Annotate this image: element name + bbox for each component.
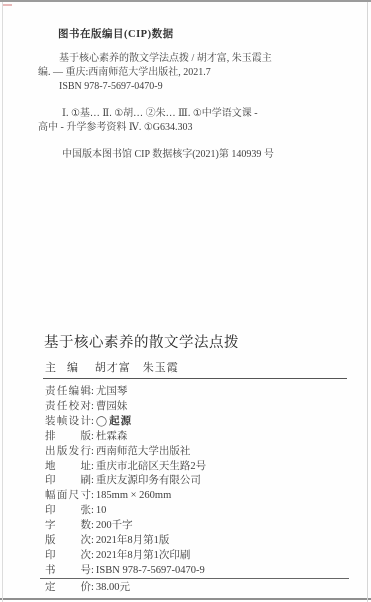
colophon-label: 定价	[45, 581, 91, 596]
colophon-colon: :	[91, 490, 94, 501]
colophon-label: 地址	[45, 460, 91, 475]
colophon-colon: :	[91, 582, 94, 593]
colophon-label: 印刷	[45, 474, 91, 489]
cip-isbn-line: ISBN 978-7-5697-0470-9	[59, 80, 348, 94]
colophon-row: 责任校对:曹园妹	[45, 400, 206, 415]
colophon-value: 杜霖森	[96, 431, 128, 442]
editors-line: 主 编 胡才富 朱玉霞	[45, 359, 179, 375]
colophon-colon: :	[91, 565, 94, 576]
colophon-value: 重庆市北碚区天生路2号	[96, 461, 206, 472]
colophon-value: 曹园妹	[96, 401, 128, 412]
colophon-row: 定价:38.00元	[45, 581, 130, 596]
colophon-label: 装帧设计	[45, 415, 91, 430]
colophon-row: 出版发行:西南师范大学出版社	[45, 445, 206, 460]
page-left-edge	[2, 2, 3, 600]
colophon-list: 责任编辑:尤国琴责任校对:曹园妹装帧设计:◯起源排版:杜霖森出版发行:西南师范大…	[45, 385, 206, 579]
colophon-label: 印次	[45, 549, 91, 564]
colophon-value: ISBN 978-7-5697-0470-9	[96, 565, 205, 576]
divider-rule-top	[43, 378, 347, 379]
colophon-row: 字数:200千字	[45, 519, 206, 534]
book-title: 基于核心素养的散文学法点拨	[44, 331, 239, 352]
colophon-row: 装帧设计:◯起源	[45, 415, 206, 430]
colophon-colon: :	[91, 386, 94, 397]
cip-record-line: 中国版本图书馆 CIP 数据核字(2021)第 140939 号	[62, 148, 348, 162]
colophon-colon: :	[91, 461, 94, 472]
scan-artifact	[3, 4, 12, 6]
colophon-label: 责任校对	[45, 400, 91, 415]
colophon-label: 出版发行	[45, 445, 91, 460]
colophon-colon: :	[91, 446, 94, 457]
divider-rule-bottom	[40, 578, 349, 579]
colophon-row: 排版:杜霖森	[45, 430, 206, 445]
design-studio-logo-icon: ◯	[96, 415, 107, 430]
colophon-label: 排版	[45, 430, 91, 445]
cip-entry-line-1: 基于核心素养的散文学法点拨 / 胡才富, 朱玉霞主	[59, 52, 348, 66]
page-right-edge	[367, 2, 368, 600]
editor-names: 胡才富 朱玉霞	[95, 362, 179, 374]
design-studio-name: 起源	[109, 416, 132, 427]
colophon-colon: :	[91, 416, 94, 427]
colophon-value: ◯起源	[96, 416, 132, 427]
colophon-value: 10	[96, 505, 107, 516]
colophon-colon: :	[91, 520, 94, 531]
colophon-row: 版次:2021年8月第1版	[45, 534, 206, 549]
colophon-label: 印张	[45, 504, 91, 519]
cip-header: 图书在版编目(CIP)数据	[58, 26, 174, 41]
colophon-value: 38.00元	[96, 582, 130, 593]
colophon-label: 字数	[45, 519, 91, 534]
colophon-row: 责任编辑:尤国琴	[45, 385, 206, 400]
cip-class-line-2: 高中 - 升学参考资料 Ⅳ. ①G634.303	[38, 121, 348, 135]
colophon-value: 西南师范大学出版社	[96, 446, 191, 457]
editor-role: 主 编	[45, 362, 78, 374]
colophon-value: 重庆友源印务有限公司	[96, 475, 201, 486]
colophon-label: 版次	[45, 534, 91, 549]
colophon-row: 印张:10	[45, 504, 206, 519]
colophon-row: 幅面尺寸:185mm × 260mm	[45, 489, 206, 504]
colophon-colon: :	[91, 535, 94, 546]
colophon-label: 书号	[45, 564, 91, 579]
price-row-slot: 定价:38.00元	[45, 581, 130, 596]
colophon-colon: :	[91, 401, 94, 412]
colophon-value: 185mm × 260mm	[96, 490, 171, 501]
colophon-value: 200千字	[96, 520, 133, 531]
colophon-label: 幅面尺寸	[45, 489, 91, 504]
cip-block: 基于核心素养的散文学法点拨 / 胡才富, 朱玉霞主 编. — 重庆:西南师范大学…	[38, 52, 348, 162]
colophon-colon: :	[91, 475, 94, 486]
colophon-row: 地址:重庆市北碚区天生路2号	[45, 460, 206, 475]
colophon-row: 印次:2021年8月第1次印刷	[45, 549, 206, 564]
copyright-page: 图书在版编目(CIP)数据 基于核心素养的散文学法点拨 / 胡才富, 朱玉霞主 …	[0, 0, 371, 600]
colophon-value: 尤国琴	[96, 386, 128, 397]
colophon-row: 印刷:重庆友源印务有限公司	[45, 474, 206, 489]
cip-entry-line-2: 编. — 重庆:西南师范大学出版社, 2021.7	[38, 66, 348, 80]
colophon-value: 2021年8月第1次印刷	[96, 550, 191, 561]
colophon-colon: :	[91, 550, 94, 561]
colophon-value: 2021年8月第1版	[96, 535, 170, 546]
cip-class-line-1: Ⅰ. ①基… Ⅱ. ①胡… ②朱… Ⅲ. ①中学语文课 -	[62, 107, 348, 121]
colophon-label: 责任编辑	[45, 385, 91, 400]
colophon-colon: :	[91, 505, 94, 516]
colophon-colon: :	[91, 431, 94, 442]
colophon-row: 书号:ISBN 978-7-5697-0470-9	[45, 564, 206, 579]
